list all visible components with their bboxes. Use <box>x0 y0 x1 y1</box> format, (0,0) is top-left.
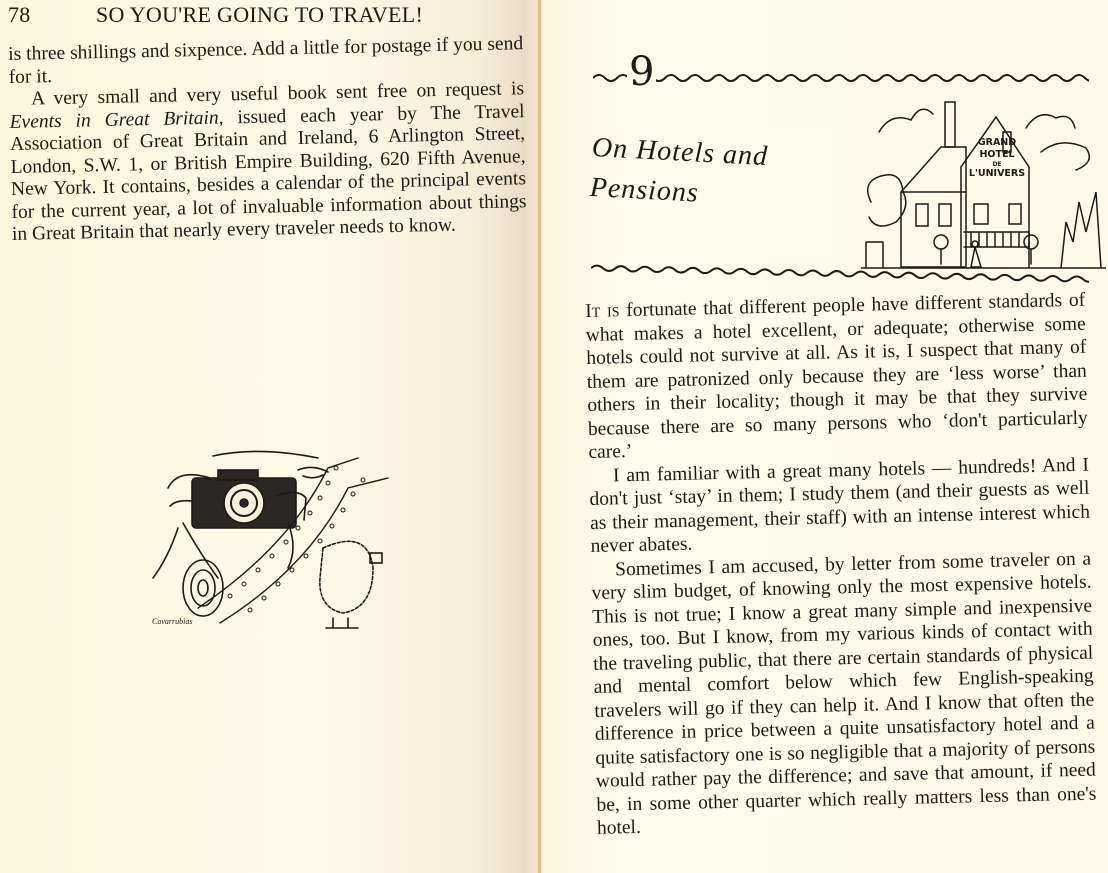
book-reference: Events in Great Britain <box>9 107 218 132</box>
paragraph: I am familiar with a great many hotels —… <box>589 453 1091 558</box>
chapter-number: 9 <box>627 52 656 92</box>
right-body-text: It is fortunate that different people ha… <box>585 289 1097 841</box>
page-number: 78 <box>8 2 96 28</box>
camera-illustration: Covarrubias <box>148 428 398 638</box>
hotel-sign: GRAND HOTEL DE L'UNIVERS <box>965 137 1029 180</box>
running-head: 78SO YOU'RE GOING TO TRAVEL! <box>8 2 528 28</box>
chapter-title: On Hotels and Pensions <box>589 128 873 223</box>
hotel-illustration: GRAND HOTEL DE L'UNIVERS <box>861 92 1106 274</box>
opening-smallcaps: It is <box>585 300 620 322</box>
book-title: SO YOU'RE GOING TO TRAVEL! <box>96 2 423 27</box>
illustrator-signature: Covarrubias <box>152 617 192 626</box>
paragraph: A very small and very useful book sent f… <box>9 78 527 246</box>
left-body-text: is three shillings and sixpence. Add a l… <box>8 33 527 246</box>
right-page: 9 On Hotels and Pensions <box>541 0 1108 873</box>
left-page: 78SO YOU'RE GOING TO TRAVEL! is three sh… <box>0 0 540 873</box>
decorative-rule-top <box>593 70 1089 86</box>
paragraph: Sometimes I am accused, by letter from s… <box>591 547 1097 840</box>
paragraph: It is fortunate that different people ha… <box>585 289 1089 465</box>
